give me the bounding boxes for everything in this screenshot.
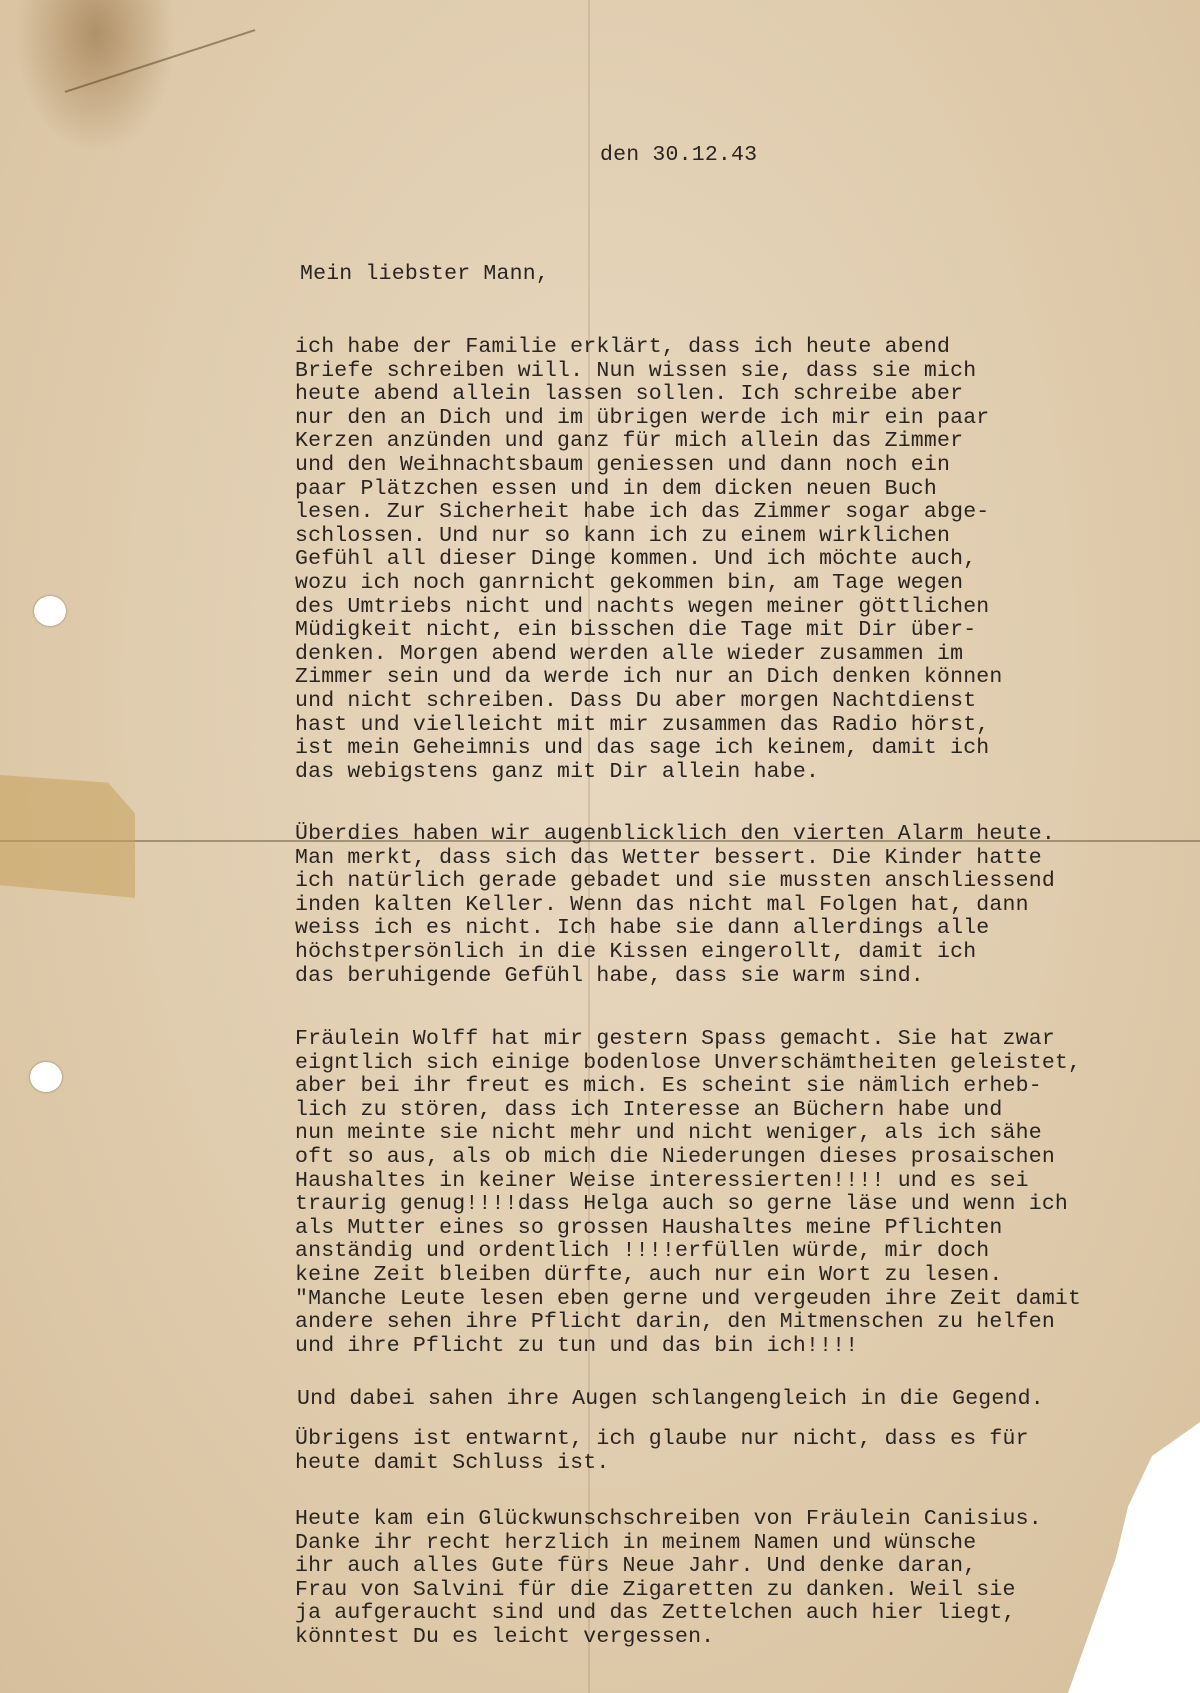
text-line: ja aufgeraucht sind und das Zettelchen a… <box>295 1602 1042 1626</box>
text-line: Und dabei sahen ihre Augen schlangenglei… <box>297 1388 1044 1412</box>
text-line: und nicht schreiben. Dass Du aber morgen… <box>295 690 1003 714</box>
paragraph-fraeulein-wolff: Fräulein Wolff hat mir gestern Spass gem… <box>295 1028 1081 1358</box>
text-line: keine Zeit bleiben dürfte, auch nur ein … <box>295 1264 1081 1288</box>
text-line: traurig genug!!!!dass Helga auch so gern… <box>295 1193 1081 1217</box>
text-line: Müdigkeit nicht, ein bisschen die Tage m… <box>295 619 1003 643</box>
text-line: inden kalten Keller. Wenn das nicht mal … <box>295 894 1055 918</box>
text-line: Haushaltes in keiner Weise interessierte… <box>295 1170 1081 1194</box>
text-line: aber bei ihr freut es mich. Es scheint s… <box>295 1075 1081 1099</box>
text-line: nur den an Dich und im übrigen werde ich… <box>295 407 1003 431</box>
paragraph-all-clear: Übrigens ist entwarnt, ich glaube nur ni… <box>295 1428 1029 1475</box>
letter-date: den 30.12.43 <box>600 143 757 167</box>
text-line: heute damit Schluss ist. <box>295 1452 1029 1476</box>
text-line: Briefe schreiben will. Nun wissen sie, d… <box>295 360 1003 384</box>
text-line: "Manche Leute lesen eben gerne und verge… <box>295 1288 1081 1312</box>
text-line: Fräulein Wolff hat mir gestern Spass gem… <box>295 1028 1081 1052</box>
text-line: Kerzen anzünden und ganz für mich allein… <box>295 430 1003 454</box>
text-line: heute abend allein lassen sollen. Ich sc… <box>295 383 1003 407</box>
paragraph-evening-alone: ich habe der Familie erklärt, dass ich h… <box>295 336 1003 784</box>
text-line: andere sehen ihre Pflicht darin, den Mit… <box>295 1311 1081 1335</box>
text-line: wozu ich noch ganrnicht gekommen bin, am… <box>295 572 1003 596</box>
text-line: Gefühl all dieser Dinge kommen. Und ich … <box>295 548 1003 572</box>
text-line: ihr auch alles Gute fürs Neue Jahr. Und … <box>295 1555 1042 1579</box>
text-line: paar Plätzchen essen und in dem dicken n… <box>295 478 1003 502</box>
text-line: das beruhigende Gefühl habe, dass sie wa… <box>295 965 1055 989</box>
letter-salutation: Mein liebster Mann, <box>300 262 549 286</box>
text-line: hast und vielleicht mit mir zusammen das… <box>295 714 1003 738</box>
text-line: schlossen. Und nur so kann ich zu einem … <box>295 525 1003 549</box>
text-line: Übrigens ist entwarnt, ich glaube nur ni… <box>295 1428 1029 1452</box>
text-line: eigntlich sich einige bodenlose Unversch… <box>295 1052 1081 1076</box>
letter-body: den 30.12.43 Mein liebster Mann, ich hab… <box>0 0 1200 1693</box>
paragraph-air-raid-alarm: Überdies haben wir augenblicklich den vi… <box>295 823 1055 988</box>
text-line: nun meinte sie nicht mehr und nicht weni… <box>295 1122 1081 1146</box>
text-line: ist mein Geheimnis und das sage ich kein… <box>295 737 1003 761</box>
text-line: weiss ich es nicht. Ich habe sie dann al… <box>295 917 1055 941</box>
text-line: und den Weihnachtsbaum geniessen und dan… <box>295 454 1003 478</box>
text-line: oft so aus, als ob mich die Niederungen … <box>295 1146 1081 1170</box>
text-line: anständig und ordentlich !!!!erfüllen wü… <box>295 1240 1081 1264</box>
text-line: ich natürlich gerade gebadet und sie mus… <box>295 870 1055 894</box>
text-line: lesen. Zur Sicherheit habe ich das Zimme… <box>295 501 1003 525</box>
text-line: höchstpersönlich in die Kissen eingeroll… <box>295 941 1055 965</box>
text-line: Frau von Salvini für die Zigaretten zu d… <box>295 1579 1042 1603</box>
text-line: lich zu stören, dass ich Interesse an Bü… <box>295 1099 1081 1123</box>
text-line: Danke ihr recht herzlich in meinem Namen… <box>295 1532 1042 1556</box>
text-line: könntest Du es leicht vergessen. <box>295 1626 1042 1650</box>
text-line: Heute kam ein Glückwunschschreiben von F… <box>295 1508 1042 1532</box>
text-line: denken. Morgen abend werden alle wieder … <box>295 643 1003 667</box>
paragraph-greetings-canisius: Heute kam ein Glückwunschschreiben von F… <box>295 1508 1042 1650</box>
paragraph-snake-eyes: Und dabei sahen ihre Augen schlangenglei… <box>297 1388 1044 1412</box>
text-line: Man merkt, dass sich das Wetter bessert.… <box>295 847 1055 871</box>
text-line: des Umtriebs nicht und nachts wegen mein… <box>295 596 1003 620</box>
text-line: ich habe der Familie erklärt, dass ich h… <box>295 336 1003 360</box>
text-line: und ihre Pflicht zu tun und das bin ich!… <box>295 1335 1081 1359</box>
text-line: das webigstens ganz mit Dir allein habe. <box>295 761 1003 785</box>
text-line: Überdies haben wir augenblicklich den vi… <box>295 823 1055 847</box>
text-line: als Mutter eines so grossen Haushaltes m… <box>295 1217 1081 1241</box>
text-line: Zimmer sein und da werde ich nur an Dich… <box>295 666 1003 690</box>
